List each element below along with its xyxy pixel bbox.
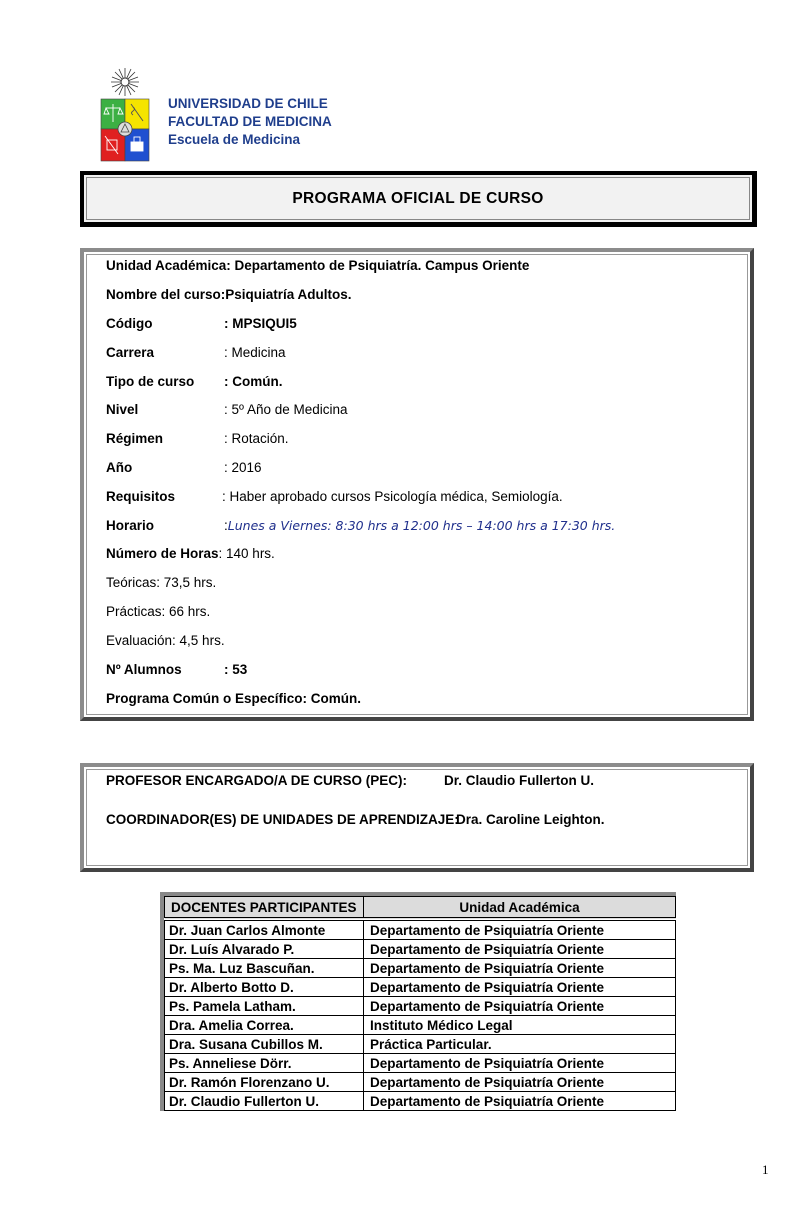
teacher-name: Dra. Amelia Correa. [165,1016,364,1035]
anio-row: Año: 2016 [106,460,262,475]
school-name: Escuela de Medicina [168,131,332,149]
teacher-name: Dr. Claudio Fullerton U. [165,1092,364,1111]
teacher-unit: Departamento de Psiquiatría Oriente [364,978,676,997]
page-number: 1 [762,1162,769,1178]
tipo-row: Tipo de curso: Común. [106,374,283,389]
codigo-row: Código: MPSIQUI5 [106,316,297,331]
unidad-row: Unidad Académica: Departamento de Psiqui… [106,258,529,273]
teacher-name: Dr. Alberto Botto D. [165,978,364,997]
teachers-table: DOCENTES PARTICIPANTES Unidad Académica … [164,896,676,1111]
table-row: Dr. Juan Carlos AlmonteDepartamento de P… [165,919,676,940]
table-header-row: DOCENTES PARTICIPANTES Unidad Académica [165,897,676,920]
nivel-row: Nivel: 5º Año de Medicina [106,402,348,417]
table-row: Ps. Pamela Latham.Departamento de Psiqui… [165,997,676,1016]
coordinator-label: COORDINADOR(ES) DE UNIDADES DE APRENDIZA… [106,812,456,827]
teacher-name: Ps. Pamela Latham. [165,997,364,1016]
university-crest-icon [100,66,150,164]
organization-name: UNIVERSIDAD DE CHILE FACULTAD DE MEDICIN… [168,95,332,149]
table-row: Dr. Luís Alvarado P.Departamento de Psiq… [165,940,676,959]
alumnos-row: Nº Alumnos: 53 [106,662,247,677]
table-row: Ps. Anneliese Dörr.Departamento de Psiqu… [165,1054,676,1073]
teacher-unit: Departamento de Psiquiatría Oriente [364,940,676,959]
teacher-name: Dra. Susana Cubillos M. [165,1035,364,1054]
course-info-box: Unidad Académica: Departamento de Psiqui… [80,248,754,721]
teacher-unit: Departamento de Psiquiatría Oriente [364,997,676,1016]
column-header-unidad: Unidad Académica [364,897,676,920]
column-header-docentes: DOCENTES PARTICIPANTES [165,897,364,920]
table-row: Dra. Susana Cubillos M.Práctica Particul… [165,1035,676,1054]
requisitos-row: Requisitos: Haber aprobado cursos Psicol… [106,489,563,504]
teacher-name: Dr. Luís Alvarado P. [165,940,364,959]
coordinator-value: Dra. Caroline Leighton. [456,812,605,827]
teacher-name: Dr. Juan Carlos Almonte [165,919,364,940]
horario-row: Horario: Lunes a Viernes: 8:30 hrs a 12:… [106,518,615,533]
table-row: Dr. Claudio Fullerton U.Departamento de … [165,1092,676,1111]
evaluacion-row: Evaluación: 4,5 hrs. [106,633,225,648]
teoricas-row: Teóricas: 73,5 hrs. [106,575,216,590]
title-box: PROGRAMA OFICIAL DE CURSO [80,171,757,227]
teacher-unit: Departamento de Psiquiatría Oriente [364,1092,676,1111]
teacher-unit: Departamento de Psiquiatría Oriente [364,1073,676,1092]
staff-box: PROFESOR ENCARGADO/A DE CURSO (PEC):Dr. … [80,763,754,872]
teacher-unit: Práctica Particular. [364,1035,676,1054]
teacher-unit: Departamento de Psiquiatría Oriente [364,959,676,978]
table-row: Ps. Ma. Luz Bascuñan.Departamento de Psi… [165,959,676,978]
university-name: UNIVERSIDAD DE CHILE [168,95,332,113]
pec-label: PROFESOR ENCARGADO/A DE CURSO (PEC): [106,773,444,788]
table-row: Dr. Alberto Botto D.Departamento de Psiq… [165,978,676,997]
regimen-row: Régimen: Rotación. [106,431,289,446]
pec-value: Dr. Claudio Fullerton U. [444,773,594,788]
teacher-name: Ps. Ma. Luz Bascuñan. [165,959,364,978]
coordinator-line: COORDINADOR(ES) DE UNIDADES DE APRENDIZA… [106,812,605,827]
page-title: PROGRAMA OFICIAL DE CURSO [86,177,750,220]
teacher-unit: Instituto Médico Legal [364,1016,676,1035]
pec-line: PROFESOR ENCARGADO/A DE CURSO (PEC):Dr. … [106,773,594,788]
teacher-name: Ps. Anneliese Dörr. [165,1054,364,1073]
table-row: Dr. Ramón Florenzano U.Departamento de P… [165,1073,676,1092]
practicas-row: Prácticas: 66 hrs. [106,604,210,619]
teacher-unit: Departamento de Psiquiatría Oriente [364,919,676,940]
programa-row: Programa Común o Específico: Común. [106,691,361,706]
carrera-row: Carrera: Medicina [106,345,286,360]
nombre-row: Nombre del curso: Psiquiatría Adultos. [106,287,352,302]
teacher-name: Dr. Ramón Florenzano U. [165,1073,364,1092]
table-row: Dra. Amelia Correa.Instituto Médico Lega… [165,1016,676,1035]
teachers-table-wrapper: DOCENTES PARTICIPANTES Unidad Académica … [160,892,676,1111]
teacher-unit: Departamento de Psiquiatría Oriente [364,1054,676,1073]
faculty-name: FACULTAD DE MEDICINA [168,113,332,131]
horas-row: Número de Horas : 140 hrs. [106,546,275,561]
